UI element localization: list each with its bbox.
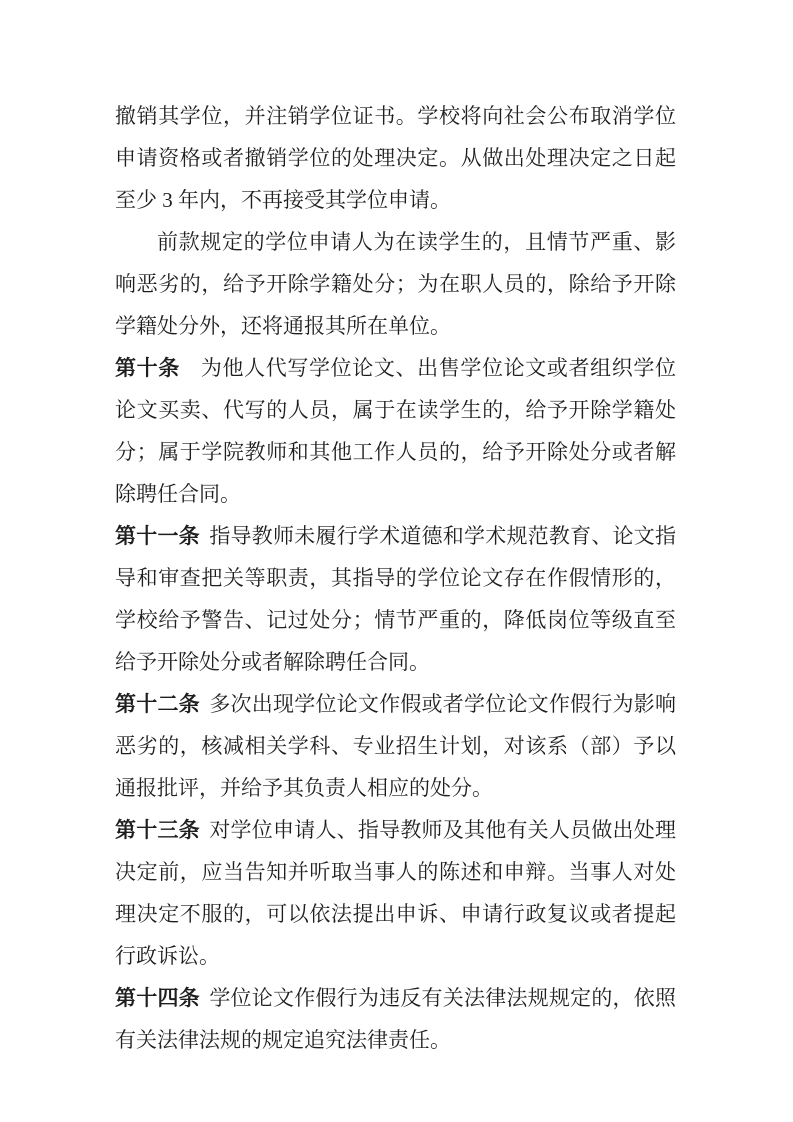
article-number-label: 第十二条 <box>115 692 200 716</box>
document-paragraph: 第十条为他人代写学位论文、出售学位论文或者组织学位论文买卖、代写的人员，属于在读… <box>115 347 676 515</box>
document-paragraph: 前款规定的学位申请人为在读学生的，且情节严重、影响恶劣的，给予开除学籍处分；为在… <box>115 221 676 347</box>
document-paragraph: 撤销其学位，并注销学位证书。学校将向社会公布取消学位申请资格或者撤销学位的处理决… <box>115 95 676 221</box>
document-paragraph: 第十三条对学位申请人、指导教师及其他有关人员做出处理决定前，应当告知并听取当事人… <box>115 809 676 977</box>
document-paragraph: 第十一条指导教师未履行学术道德和学术规范教育、论文指导和审查把关等职责，其指导的… <box>115 515 676 683</box>
document-body-text: 撤销其学位，并注销学位证书。学校将向社会公布取消学位申请资格或者撤销学位的处理决… <box>115 95 676 1061</box>
article-number-label: 第十三条 <box>115 818 200 842</box>
document-paragraph: 第十四条学位论文作假行为违反有关法律法规规定的，依照有关法律法规的规定追究法律责… <box>115 977 676 1061</box>
article-number-label: 第十四条 <box>115 986 200 1010</box>
document-paragraph: 第十二条多次出现学位论文作假或者学位论文作假行为影响恶劣的，核减相关学科、专业招… <box>115 683 676 809</box>
article-number-label: 第十条 <box>115 356 180 380</box>
paragraph-text: 前款规定的学位申请人为在读学生的，且情节严重、影响恶劣的，给予开除学籍处分；为在… <box>115 230 676 338</box>
article-number-label: 第十一条 <box>115 524 200 548</box>
paragraph-text: 撤销其学位，并注销学位证书。学校将向社会公布取消学位申请资格或者撤销学位的处理决… <box>115 104 676 212</box>
document-page: 撤销其学位，并注销学位证书。学校将向社会公布取消学位申请资格或者撤销学位的处理决… <box>0 0 793 1122</box>
paragraph-text: 为他人代写学位论文、出售学位论文或者组织学位论文买卖、代写的人员，属于在读学生的… <box>115 356 676 506</box>
